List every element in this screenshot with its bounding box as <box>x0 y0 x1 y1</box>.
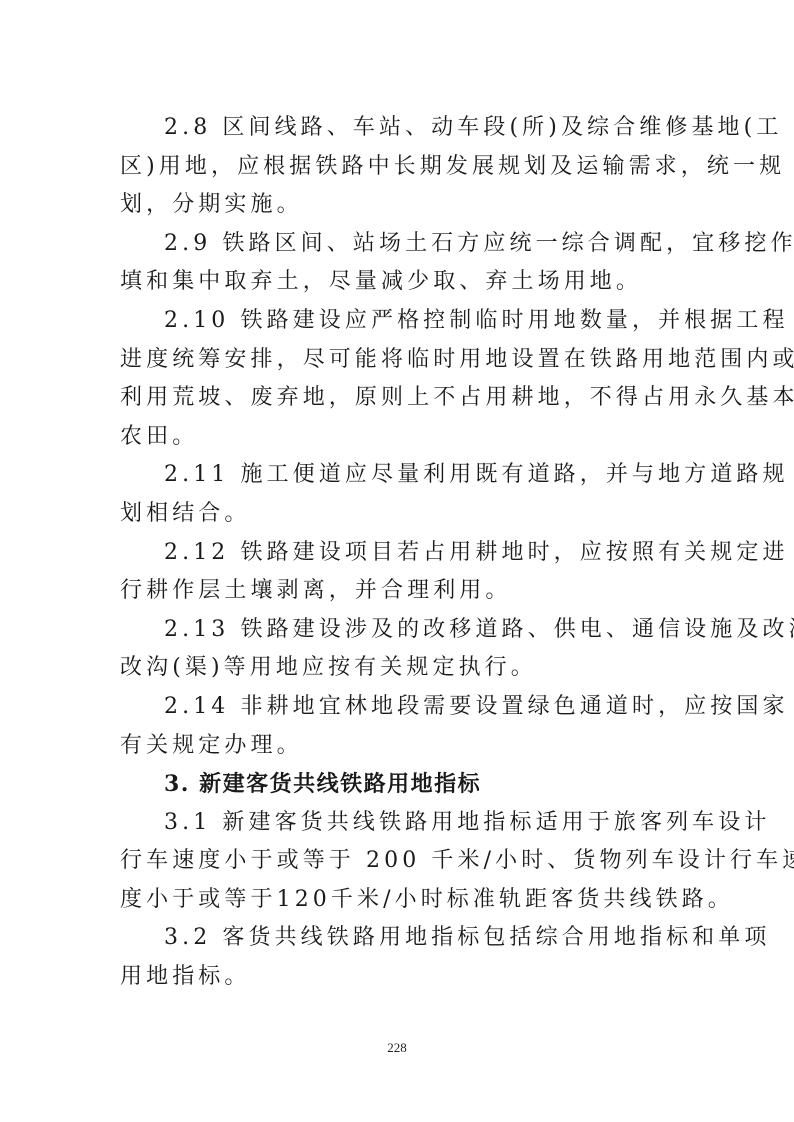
paragraph-3-2-line-2: 用地指标。 <box>120 958 676 997</box>
paragraph-3-2-line-1: 3.2 客货共线铁路用地指标包括综合用地指标和单项 <box>120 919 676 958</box>
paragraph-2-11-line-1: 2.11 施工便道应尽量利用既有道路，并与地方道路规 <box>120 456 676 495</box>
paragraph-2-10-line-3: 利用荒坡、废弃地，原则上不占用耕地，不得占用永久基本 <box>120 379 676 418</box>
paragraph-2-8-line-1: 2.8 区间线路、车站、动车段(所)及综合维修基地(工 <box>120 109 676 148</box>
paragraph-2-8-line-3: 划，分期实施。 <box>120 186 676 225</box>
paragraph-2-10-line-4: 农田。 <box>120 418 676 457</box>
paragraph-2-8-line-2: 区)用地，应根据铁路中长期发展规划及运输需求，统一规 <box>120 148 676 187</box>
paragraph-3-1-line-1: 3.1 新建客货共线铁路用地指标适用于旅客列车设计 <box>120 804 676 843</box>
paragraph-2-9-line-2: 填和集中取弃土，尽量减少取、弃土场用地。 <box>120 263 676 302</box>
document-body: 2.8 区间线路、车站、动车段(所)及综合维修基地(工 区)用地，应根据铁路中长… <box>120 109 676 997</box>
paragraph-2-14-line-2: 有关规定办理。 <box>120 727 676 766</box>
paragraph-2-11-line-2: 划相结合。 <box>120 495 676 534</box>
paragraph-2-14-line-1: 2.14 非耕地宜林地段需要设置绿色通道时，应按国家 <box>120 688 676 727</box>
paragraph-2-12-line-1: 2.12 铁路建设项目若占用耕地时，应按照有关规定进 <box>120 534 676 573</box>
paragraph-3-1-line-3: 度小于或等于120千米/小时标准轨距客货共线铁路。 <box>120 881 676 920</box>
paragraph-3-1-line-2: 行车速度小于或等于 200 千米/小时、货物列车设计行车速 <box>120 842 676 881</box>
paragraph-2-9-line-1: 2.9 铁路区间、站场土石方应统一综合调配，宜移挖作 <box>120 225 676 264</box>
paragraph-2-13-line-1: 2.13 铁路建设涉及的改移道路、供电、通信设施及改河 <box>120 611 676 650</box>
paragraph-2-10-line-1: 2.10 铁路建设应严格控制临时用地数量，并根据工程 <box>120 302 676 341</box>
paragraph-2-13-line-2: 改沟(渠)等用地应按有关规定执行。 <box>120 649 676 688</box>
section-3-heading: 3. 新建客货共线铁路用地指标 <box>120 765 676 804</box>
paragraph-2-10-line-2: 进度统筹安排，尽可能将临时用地设置在铁路用地范围内或 <box>120 341 676 380</box>
paragraph-2-12-line-2: 行耕作层土壤剥离，并合理利用。 <box>120 572 676 611</box>
page-number: 228 <box>0 1040 794 1056</box>
